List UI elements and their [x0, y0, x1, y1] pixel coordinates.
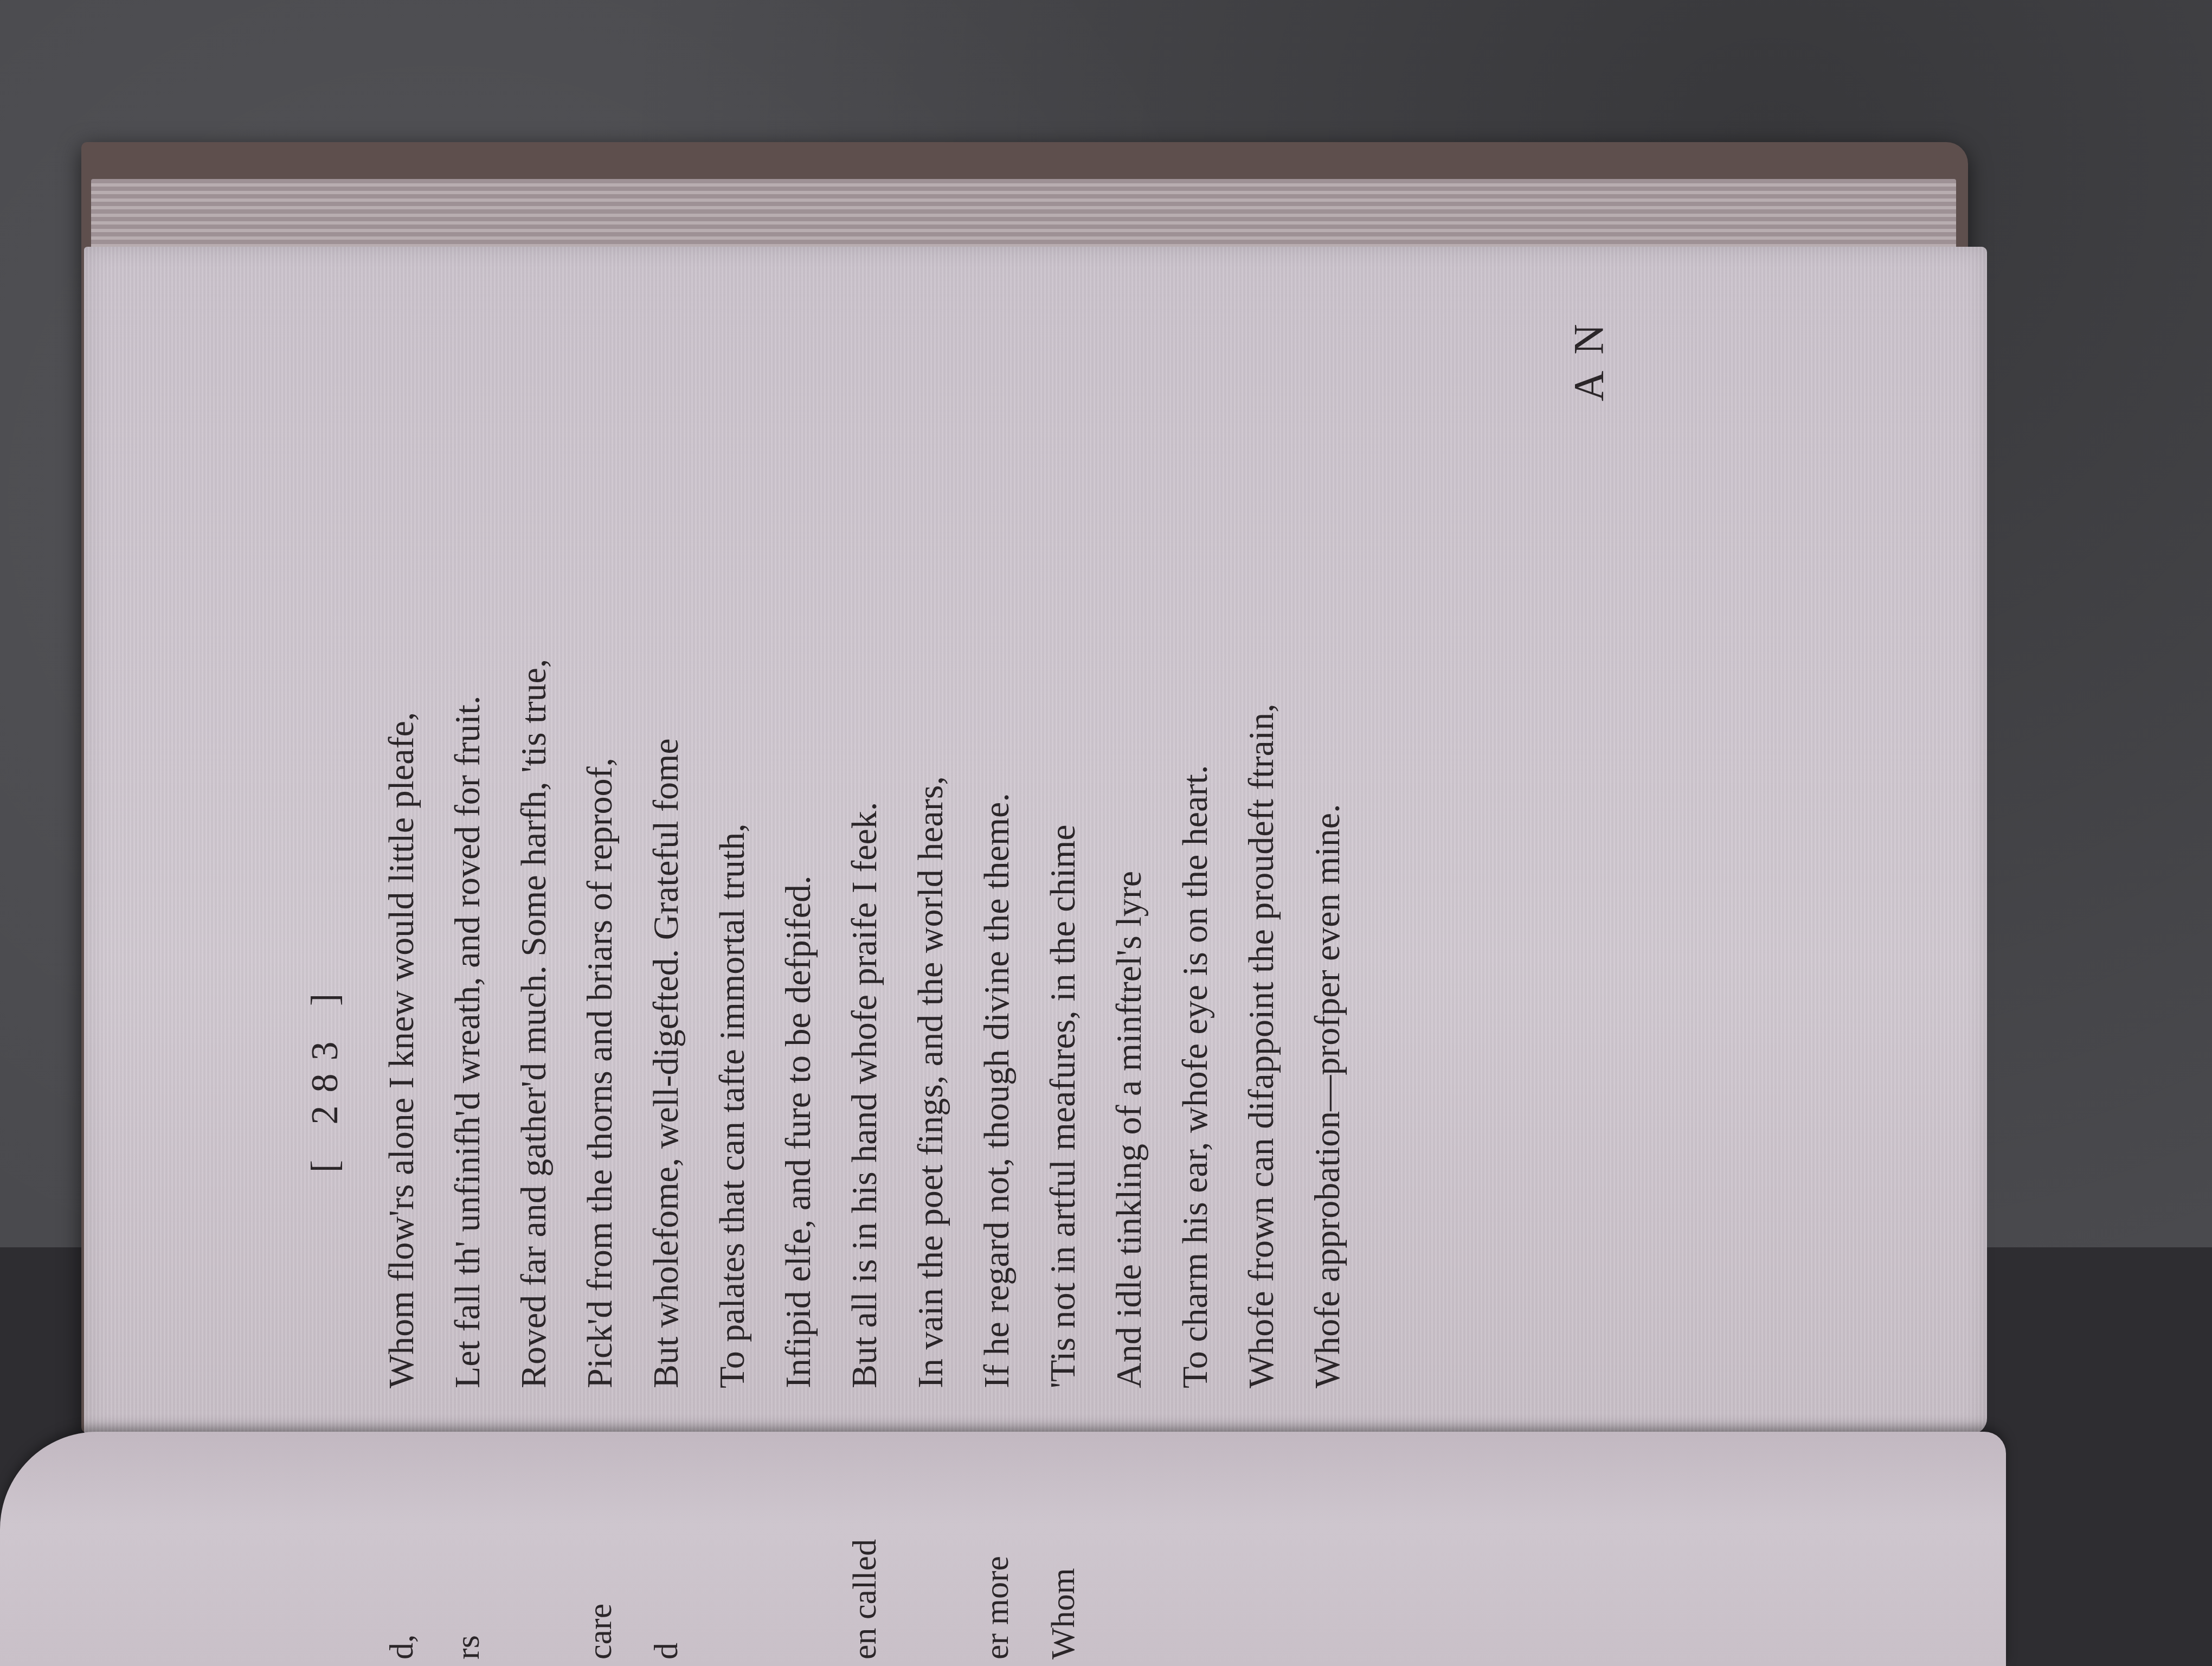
poem-line: To charm his ear, whofe eye is on the he… [1162, 304, 1229, 1388]
poem-line: 'Tis not in artful meafures, in the chim… [1030, 304, 1096, 1388]
poem-line: Pick'd from the thorns and briars of rep… [567, 304, 633, 1388]
poem-line: Whofe frown can difappoint the proudeft … [1229, 304, 1295, 1388]
poem-line: But all is in his hand whofe praife I fe… [832, 304, 898, 1388]
poem-line: To palates that can tafte immortal truth… [699, 304, 766, 1388]
poem-line: Let fall th' unfinifh'd wreath, and rove… [435, 304, 501, 1388]
poem-line: But wholefome, well-digefted. Grateful f… [633, 304, 699, 1388]
fragment-line: er more [964, 1410, 1030, 1659]
page-number: [ 283 ] [304, 765, 347, 1388]
facing-page-fragments: d, rs care d en called er more Whom [369, 1410, 1096, 1659]
poem-line: Infipid elfe, and fure to be defpifed. [766, 304, 832, 1388]
fragment-line: rs [435, 1410, 501, 1659]
fragment-line [766, 1410, 832, 1659]
poem-text-block: [ 283 ] Whom flow'rs alone I knew would … [304, 304, 1361, 1388]
fragment-line [898, 1410, 964, 1659]
fragment-line: Whom [1030, 1410, 1096, 1659]
poem-line: Whom flow'rs alone I knew would little p… [369, 304, 435, 1388]
fragment-line: care [567, 1410, 633, 1659]
fragment-line [501, 1410, 567, 1659]
poem-line: And idle tinkling of a minftrel's lyre [1096, 304, 1162, 1388]
poem-line: Roved far and gather'd much. Some harfh,… [501, 304, 567, 1388]
poem-line: Whofe approbation—profper even mine. [1295, 304, 1361, 1388]
catchword: AN [1564, 293, 1613, 401]
fragment-line [699, 1410, 766, 1659]
fragment-line: d, [369, 1410, 435, 1659]
fragment-line: en called [832, 1410, 898, 1659]
poem-line: If he regard not, though divine the them… [964, 304, 1030, 1388]
fragment-line: d [633, 1410, 699, 1659]
poem-line: In vain the poet fings, and the world he… [898, 304, 964, 1388]
